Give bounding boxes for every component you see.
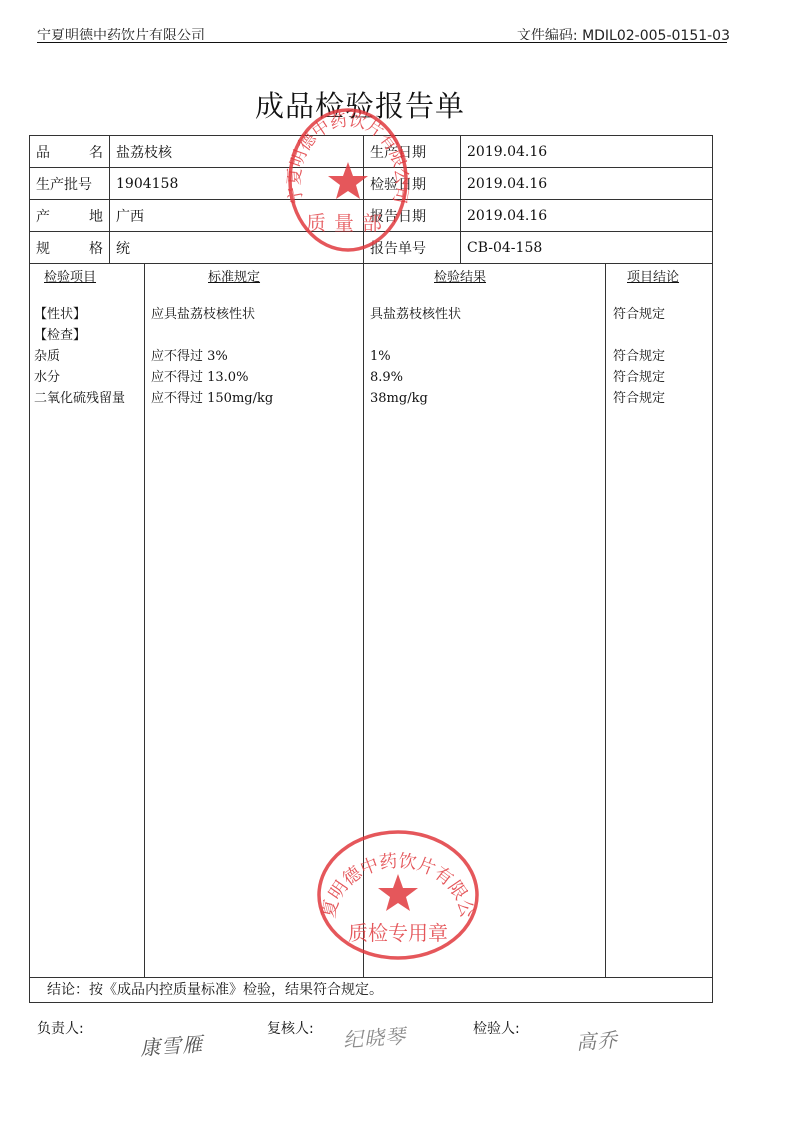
result-cell-result: 1%	[370, 346, 391, 367]
report-title: 成品检验报告单	[0, 84, 720, 125]
reviewer-label: 复核人:	[267, 1018, 314, 1038]
header-rule	[37, 42, 727, 43]
info-label: 规格	[30, 232, 110, 264]
info-row: 生产批号 1904158 检验日期 2019.04.16	[30, 168, 713, 200]
results-table: 检验项目 标准规定 检验结果 项目结论 【性状】应具盐荔枝核性状具盐荔枝核性状符…	[29, 263, 713, 977]
info-label: 检验日期	[364, 168, 461, 200]
page-header: 宁夏明德中药饮片有限公司 文件编码: MDJL02-005-0151-03	[0, 0, 800, 40]
column-divider	[363, 263, 364, 977]
result-cell-result: 具盐荔枝核性状	[370, 304, 461, 325]
result-cell-item: 【检查】	[34, 325, 86, 346]
info-label: 生产日期	[364, 136, 461, 168]
document-code: 文件编码: MDJL02-005-0151-03	[517, 25, 730, 40]
info-value: 2019.04.16	[461, 168, 713, 200]
responsible-signature: 康雪雁	[139, 1028, 204, 1061]
column-divider	[605, 263, 606, 977]
info-value: 2019.04.16	[461, 200, 713, 232]
result-cell-standard: 应不得过 3%	[151, 346, 228, 367]
result-cell-item: 【性状】	[34, 304, 86, 325]
result-cell-standard: 应具盐荔枝核性状	[151, 304, 255, 325]
column-divider	[144, 263, 145, 977]
result-cell-item: 水分	[34, 367, 60, 388]
conclusion-text: 结论：按《成品内控质量标准》检验，结果符合规定。	[29, 977, 713, 1003]
result-cell-result: 38mg/kg	[370, 388, 428, 409]
result-cell-item: 二氧化硫残留量	[34, 388, 125, 409]
info-value: 统	[110, 232, 364, 264]
info-value: 1904158	[110, 168, 364, 200]
label-char: 品	[36, 142, 50, 162]
info-value: 广西	[110, 200, 364, 232]
column-header-item: 检验项目	[44, 266, 96, 285]
responsible-label: 负责人:	[37, 1018, 84, 1038]
info-label: 报告日期	[364, 200, 461, 232]
info-label: 品名	[30, 136, 110, 168]
product-info-table: 品名 盐荔枝核 生产日期 2019.04.16 生产批号 1904158 检验日…	[29, 135, 713, 264]
info-value: CB-04-158	[461, 232, 713, 264]
result-cell-conclusion: 符合规定	[613, 388, 665, 409]
info-label: 产地	[30, 200, 110, 232]
label-char: 名	[89, 142, 103, 162]
inspector-label: 检验人:	[473, 1018, 520, 1038]
info-label: 生产批号	[30, 168, 110, 200]
company-name: 宁夏明德中药饮片有限公司	[37, 25, 205, 40]
info-value: 2019.04.16	[461, 136, 713, 168]
inspector-signature: 高乔	[575, 1024, 619, 1056]
info-row: 产地 广西 报告日期 2019.04.16	[30, 200, 713, 232]
result-cell-item: 杂质	[34, 346, 60, 367]
column-header-standard: 标准规定	[208, 266, 260, 285]
info-label: 报告单号	[364, 232, 461, 264]
result-cell-standard: 应不得过 13.0%	[151, 367, 248, 388]
column-header-result: 检验结果	[434, 266, 486, 285]
result-cell-conclusion: 符合规定	[613, 346, 665, 367]
result-cell-conclusion: 符合规定	[613, 304, 665, 325]
result-cell-result: 8.9%	[370, 367, 403, 388]
info-row: 规格 统 报告单号 CB-04-158	[30, 232, 713, 264]
info-value: 盐荔枝核	[110, 136, 364, 168]
result-cell-standard: 应不得过 150mg/kg	[151, 388, 273, 409]
result-cell-conclusion: 符合规定	[613, 367, 665, 388]
info-row: 品名 盐荔枝核 生产日期 2019.04.16	[30, 136, 713, 168]
column-header-conclusion: 项目结论	[627, 266, 679, 285]
reviewer-signature: 纪晓琴	[342, 1020, 407, 1053]
